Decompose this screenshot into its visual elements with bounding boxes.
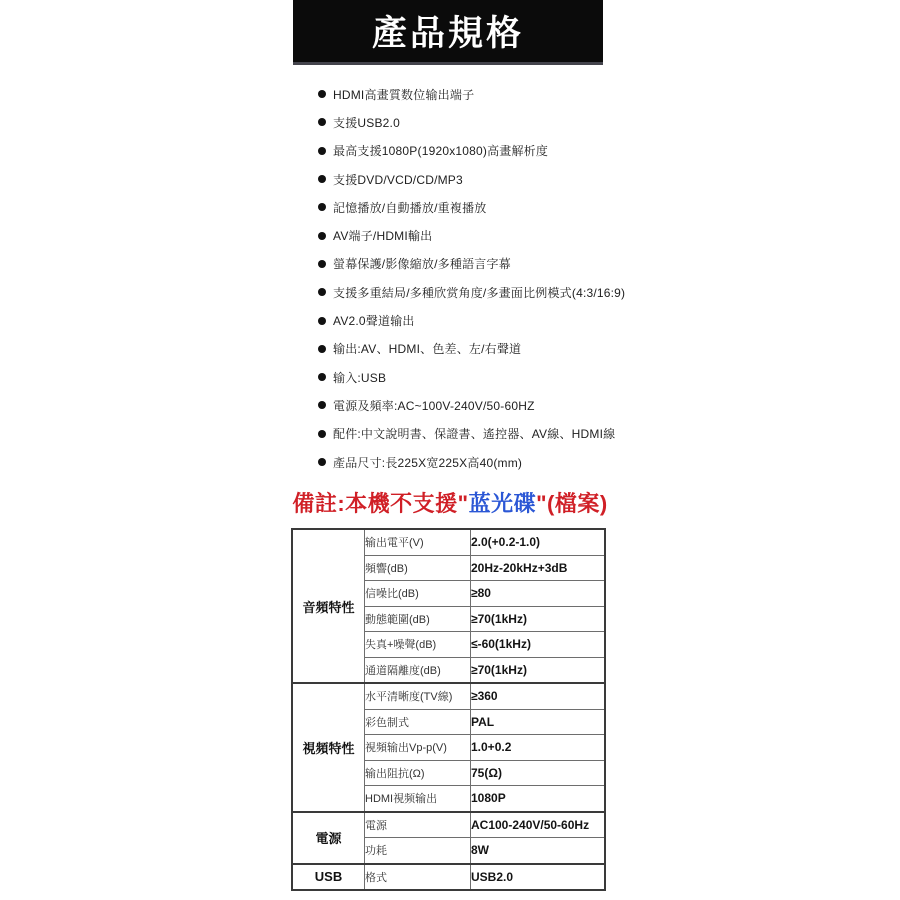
spec-value: ≥70(1kHz) — [471, 657, 606, 683]
spec-value: 1080P — [471, 786, 606, 812]
page-title: 產品規格 — [372, 6, 524, 56]
bullet-icon — [318, 203, 326, 211]
feature-item-label: AV2.0聲道输出 — [333, 312, 415, 329]
feature-item-label: 输入:USB — [333, 369, 386, 386]
bullet-icon — [318, 118, 326, 126]
spec-param: 功耗 — [365, 838, 471, 864]
spec-value: AC100-240V/50-60Hz — [471, 812, 606, 838]
spec-value: 8W — [471, 838, 606, 864]
table-row: 電源電源AC100-240V/50-60Hz — [292, 812, 605, 838]
note-suffix: "(檔案) — [536, 491, 608, 516]
spec-value: ≥80 — [471, 581, 606, 607]
spec-param: 彩色制式 — [365, 709, 471, 735]
feature-item-label: 支援USB2.0 — [333, 114, 400, 131]
spec-header-banner: 產品規格 — [293, 0, 603, 65]
feature-item: 支援多重結局/多種欣赏角度/多畫面比例模式(4:3/16:9) — [318, 278, 618, 306]
feature-item-label: 支援DVD/VCD/CD/MP3 — [333, 171, 463, 188]
bullet-icon — [318, 430, 326, 438]
spec-table-body: 音頻特性输出電平(V)2.0(+0.2-1.0)頻響(dB)20Hz-20kHz… — [292, 529, 605, 890]
spec-value: 2.0(+0.2-1.0) — [471, 529, 606, 555]
bullet-icon — [318, 90, 326, 98]
spec-group-label: 視頻特性 — [292, 683, 365, 812]
feature-item-label: 記憶播放/自動播放/重複播放 — [333, 199, 486, 216]
spec-value: 75(Ω) — [471, 760, 606, 786]
feature-item: 產品尺寸:長225X宽225X高40(mm) — [318, 448, 618, 476]
spec-param: 頻響(dB) — [365, 555, 471, 581]
feature-item: 螢幕保護/影像縮放/多種語言字幕 — [318, 250, 618, 278]
feature-list: HDMI高畫質数位输出端子支援USB2.0最高支援1080P(1920x1080… — [318, 80, 618, 476]
spec-value: 1.0+0.2 — [471, 735, 606, 761]
spec-param: 格式 — [365, 864, 471, 891]
spec-param: 水平清晰度(TV線) — [365, 683, 471, 709]
spec-param: 输出阻抗(Ω) — [365, 760, 471, 786]
spec-value: PAL — [471, 709, 606, 735]
feature-item-label: 螢幕保護/影像縮放/多種語言字幕 — [333, 255, 511, 272]
feature-item: 電源及頻率:AC~100V-240V/50-60HZ — [318, 391, 618, 419]
spec-table: 音頻特性输出電平(V)2.0(+0.2-1.0)頻響(dB)20Hz-20kHz… — [291, 528, 606, 891]
spec-param: 電源 — [365, 812, 471, 838]
bullet-icon — [318, 373, 326, 381]
feature-item: 最高支援1080P(1920x1080)高畫解析度 — [318, 137, 618, 165]
feature-item: 配件:中文說明書、保證書、遙控器、AV線、HDMI線 — [318, 420, 618, 448]
spec-param: 失真+噪聲(dB) — [365, 632, 471, 658]
note-highlight: 蓝光碟 — [469, 491, 537, 516]
feature-item-label: HDMI高畫質数位输出端子 — [333, 86, 474, 103]
spec-param: 視頻输出Vp-p(V) — [365, 735, 471, 761]
table-row: USB格式USB2.0 — [292, 864, 605, 891]
feature-item-label: 最高支援1080P(1920x1080)高畫解析度 — [333, 142, 548, 159]
spec-group-label: 音頻特性 — [292, 529, 365, 683]
feature-item: AV2.0聲道输出 — [318, 306, 618, 334]
note-prefix: 備註:本機不支援" — [292, 491, 468, 516]
feature-item-label: 配件:中文說明書、保證書、遙控器、AV線、HDMI線 — [333, 425, 615, 442]
feature-item: 支援USB2.0 — [318, 108, 618, 136]
table-row: 視頻特性水平清晰度(TV線)≥360 — [292, 683, 605, 709]
bullet-icon — [318, 317, 326, 325]
bullet-icon — [318, 147, 326, 155]
spec-group-label: USB — [292, 864, 365, 891]
note-text: 備註:本機不支援"蓝光碟"(檔案) — [290, 487, 610, 518]
spec-param: 信噪比(dB) — [365, 581, 471, 607]
feature-item: AV端子/HDMI輸出 — [318, 221, 618, 249]
spec-param: 通道隔離度(dB) — [365, 657, 471, 683]
feature-item: 支援DVD/VCD/CD/MP3 — [318, 165, 618, 193]
table-row: 音頻特性输出電平(V)2.0(+0.2-1.0) — [292, 529, 605, 555]
spec-value: ≤-60(1kHz) — [471, 632, 606, 658]
bullet-icon — [318, 288, 326, 296]
spec-group-label: 電源 — [292, 812, 365, 864]
bullet-icon — [318, 345, 326, 353]
spec-value: ≥70(1kHz) — [471, 606, 606, 632]
feature-item: 输出:AV、HDMI、色差、左/右聲道 — [318, 335, 618, 363]
feature-item: 输入:USB — [318, 363, 618, 391]
feature-item-label: AV端子/HDMI輸出 — [333, 227, 432, 244]
feature-item-label: 電源及頻率:AC~100V-240V/50-60HZ — [333, 397, 535, 414]
spec-value: 20Hz-20kHz+3dB — [471, 555, 606, 581]
spec-value: ≥360 — [471, 683, 606, 709]
bullet-icon — [318, 260, 326, 268]
feature-item-label: 產品尺寸:長225X宽225X高40(mm) — [333, 454, 522, 471]
spec-param: HDMI視频输出 — [365, 786, 471, 812]
bullet-icon — [318, 175, 326, 183]
bullet-icon — [318, 401, 326, 409]
spec-param: 输出電平(V) — [365, 529, 471, 555]
bullet-icon — [318, 232, 326, 240]
feature-item: 記憶播放/自動播放/重複播放 — [318, 193, 618, 221]
spec-value: USB2.0 — [471, 864, 606, 891]
feature-item-label: 支援多重結局/多種欣赏角度/多畫面比例模式(4:3/16:9) — [333, 284, 625, 301]
spec-param: 動態範圍(dB) — [365, 606, 471, 632]
feature-item: HDMI高畫質数位输出端子 — [318, 80, 618, 108]
feature-item-label: 输出:AV、HDMI、色差、左/右聲道 — [333, 340, 521, 357]
bullet-icon — [318, 458, 326, 466]
